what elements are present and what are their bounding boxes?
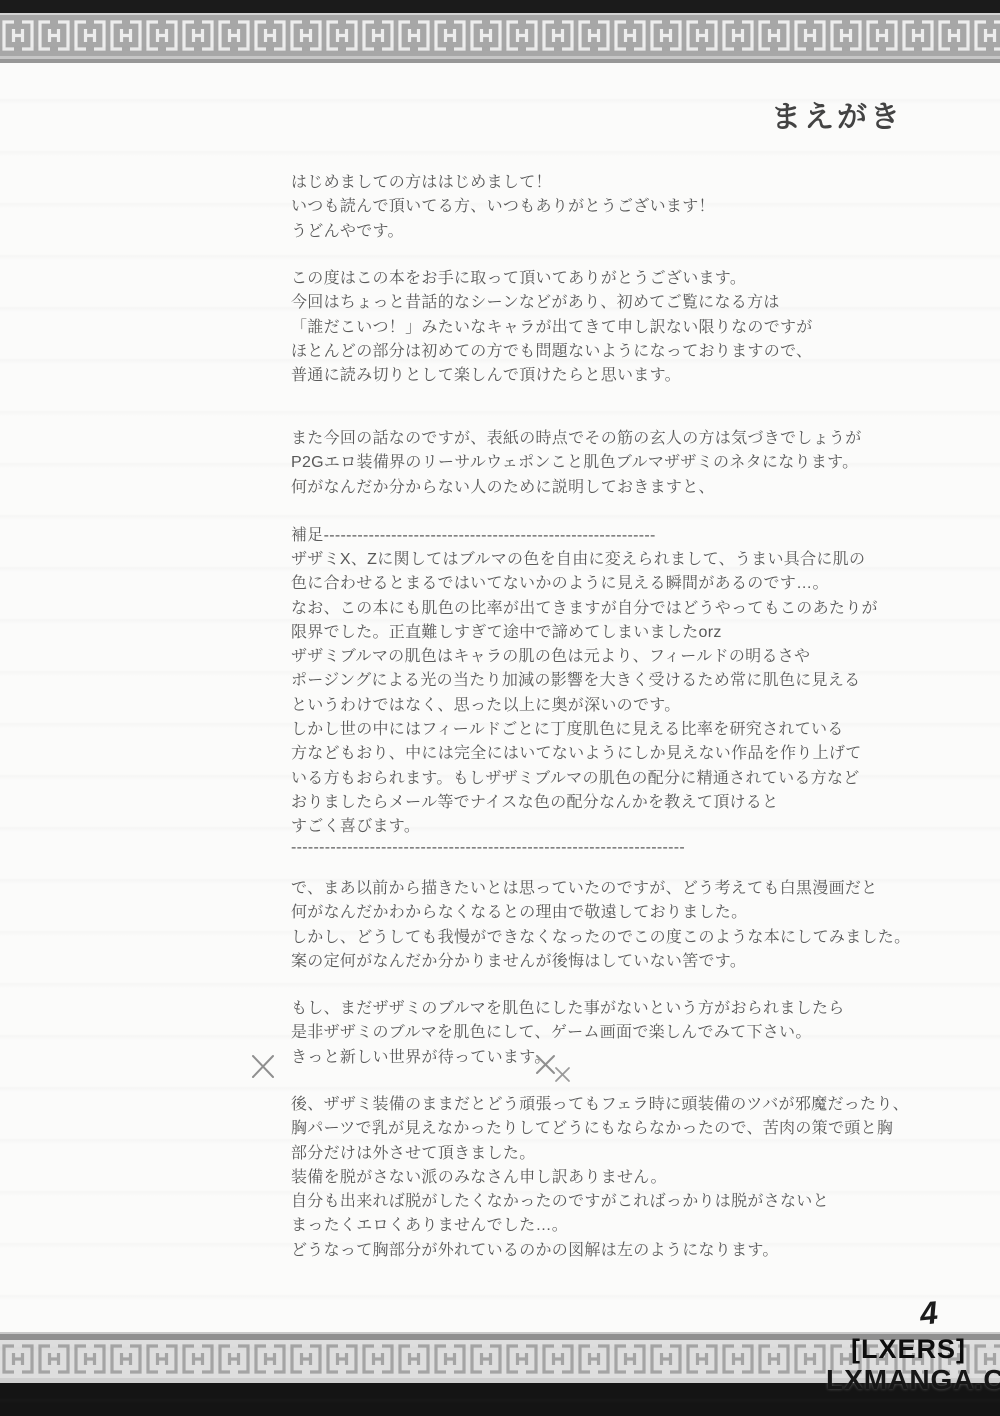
top-border-line <box>0 59 1000 63</box>
sparkle-icon <box>554 1066 571 1083</box>
paragraph-topic: また今回の話なのですが、表紙の時点でその筋の玄人の方は気づきでしょうが P2Gエ… <box>291 427 862 500</box>
paragraph-invitation: もし、まだザザミのブルマを肌色にした事がないという方がおられましたら 是非ザザミ… <box>291 997 845 1070</box>
paragraph-thanks: この度はこの本をお手に取って頂いてありがとうございます。 今回はちょっと昔話的な… <box>291 267 813 388</box>
watermark-lxers: [LXERS] <box>851 1334 966 1365</box>
greek-key-border-top <box>0 15 1000 56</box>
page-number: 4 <box>918 1294 940 1333</box>
note-section-footer-rule: ----------------------------------------… <box>291 836 685 860</box>
paragraph-equipment-notes: 後、ザザミ装備のままだとどう頑張ってもフェラ時に頭装備のツバが邪魔だったり、 胸… <box>291 1093 909 1263</box>
top-black-band <box>0 0 1000 13</box>
sparkle-icon <box>250 1053 276 1080</box>
paragraph-greeting: はじめましての方ははじめまして！ いつも読んで頂いてる方、いつもありがとうござい… <box>291 171 715 244</box>
scanned-preface-page: まえがき はじめましての方ははじめまして！ いつも読んで頂いてる方、いつもありが… <box>0 0 1000 1416</box>
note-section-body: ザザミX、Zに関してはブルマの色を自由に変えられまして、うまい具合に肌の 色に合… <box>291 548 878 840</box>
note-section-header: 補足--------------------------------------… <box>291 524 656 548</box>
paragraph-reason: で、まあ以前から描きたいとは思っていたのですが、どう考えても白黒漫画だと 何がな… <box>291 877 910 974</box>
page-title: まえがき <box>771 92 903 136</box>
watermark-lxmanga: LXMANGA.COM <box>826 1364 1000 1396</box>
